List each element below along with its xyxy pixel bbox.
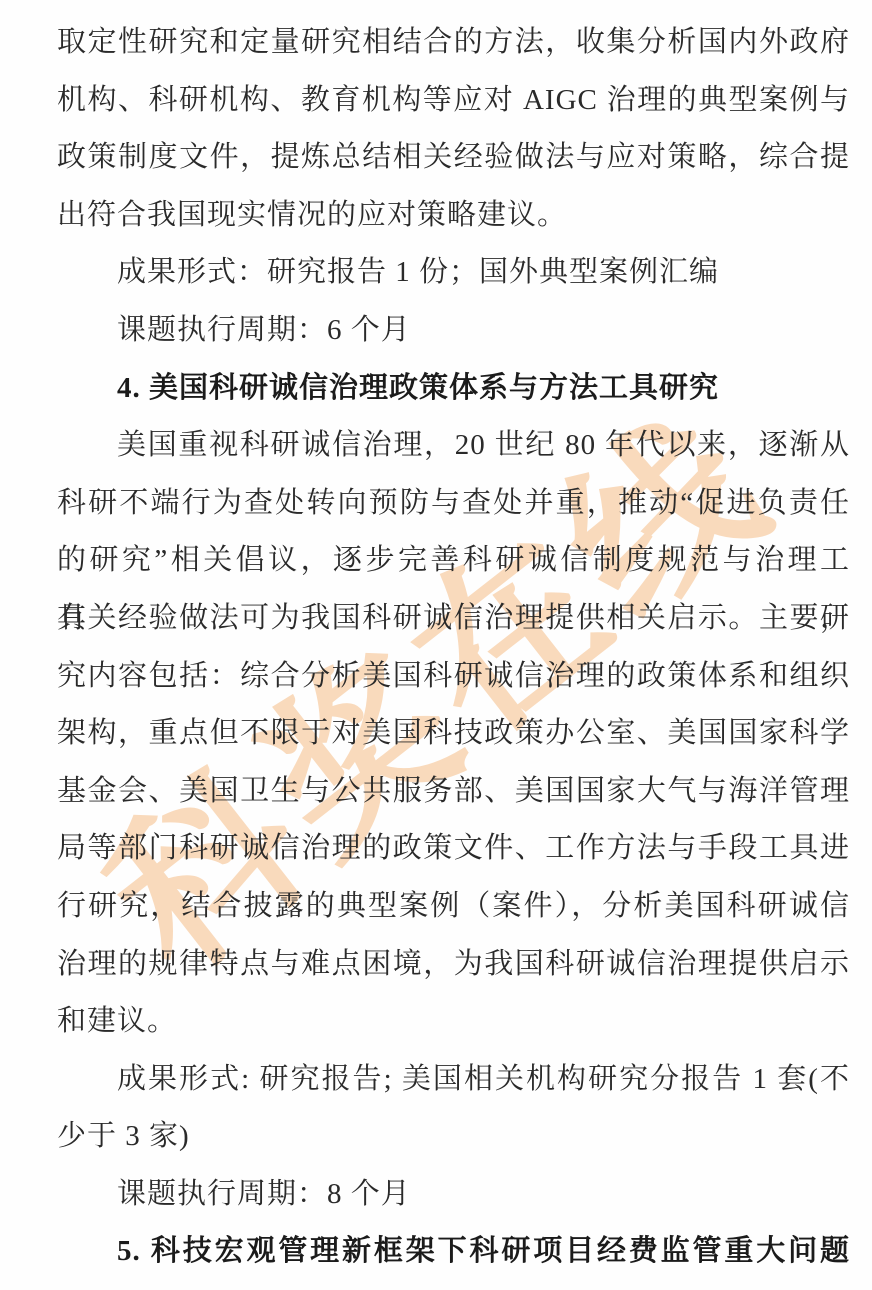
text-line: 出符合我国现实情况的应对策略建议。 bbox=[0, 187, 872, 245]
text-line: 科研不端行为查处转向预防与查处并重，推动“促进负责任 bbox=[0, 475, 872, 533]
text-line: 美国重视科研诚信治理，20 世纪 80 年代以来，逐渐从 bbox=[0, 417, 872, 475]
text-line: 机构、科研机构、教育机构等应对 AIGC 治理的典型案例与 bbox=[0, 72, 872, 130]
text-line: 行研究，结合披露的典型案例（案件），分析美国科研诚信 bbox=[0, 878, 872, 936]
text-line: 和建议。 bbox=[0, 993, 872, 1051]
execution-period-line: 课题执行周期：6 个月 bbox=[0, 302, 872, 360]
text-line: 政策制度文件，提炼总结相关经验做法与应对策略，综合提 bbox=[0, 129, 872, 187]
text-line: 取定性研究和定量研究相结合的方法，收集分析国内外政府 bbox=[0, 14, 872, 72]
text-line: 治理的规律特点与难点困境，为我国科研诚信治理提供启示 bbox=[0, 936, 872, 994]
section-heading-5: 5. 科技宏观管理新框架下科研项目经费监管重大问题 bbox=[0, 1223, 872, 1281]
text-line: 的研究”相关倡议，逐步完善科研诚信制度规范与治理工具， bbox=[0, 532, 872, 590]
result-format-line: 成果形式: 研究报告; 美国相关机构研究分报告 1 套(不 bbox=[0, 1051, 872, 1109]
text-line: 局等部门科研诚信治理的政策文件、工作方法与手段工具进 bbox=[0, 820, 872, 878]
text-line: 少于 3 家) bbox=[0, 1108, 872, 1166]
text-line: 究内容包括：综合分析美国科研诚信治理的政策体系和组织 bbox=[0, 648, 872, 706]
section-heading-4: 4. 美国科研诚信治理政策体系与方法工具研究 bbox=[0, 360, 872, 418]
document-content: 取定性研究和定量研究相结合的方法，收集分析国内外政府 机构、科研机构、教育机构等… bbox=[0, 14, 872, 1281]
result-format-line: 成果形式：研究报告 1 份；国外典型案例汇编 bbox=[0, 244, 872, 302]
document-page: 科奖在线 取定性研究和定量研究相结合的方法，收集分析国内外政府 机构、科研机构、… bbox=[0, 0, 872, 1290]
execution-period-line: 课题执行周期：8 个月 bbox=[0, 1166, 872, 1224]
text-line: 基金会、美国卫生与公共服务部、美国国家大气与海洋管理 bbox=[0, 763, 872, 821]
text-line: 架构，重点但不限于对美国科技政策办公室、美国国家科学 bbox=[0, 705, 872, 763]
text-line: 有关经验做法可为我国科研诚信治理提供相关启示。主要研 bbox=[0, 590, 872, 648]
